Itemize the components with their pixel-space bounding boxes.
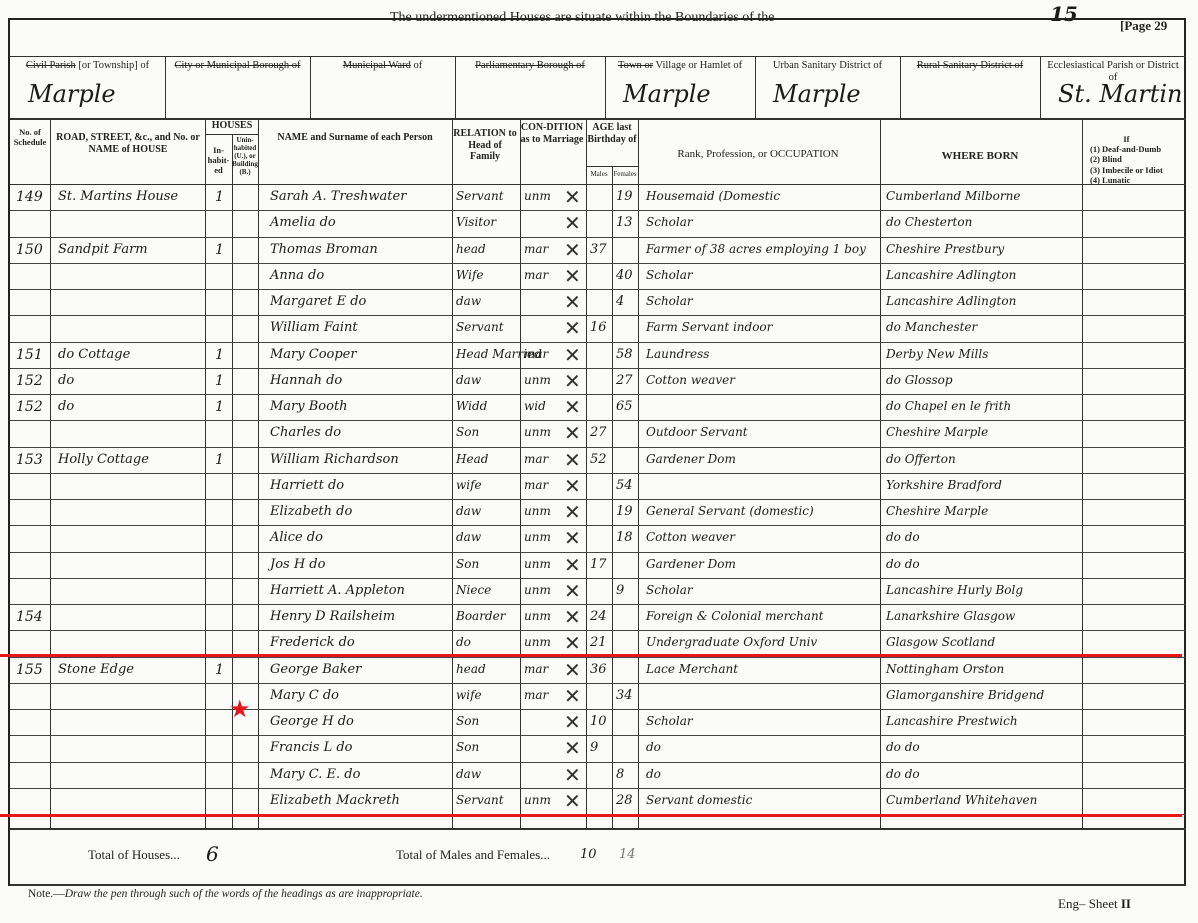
row-rule: [10, 420, 1186, 421]
header-condition: CON-DITION as to Marriage: [520, 122, 584, 145]
cross-mark-icon: ✕: [564, 500, 581, 524]
sheet-ref-text: Eng– Sheet: [1058, 896, 1118, 911]
footer-note-lead: Note.—: [28, 888, 65, 900]
house-name: do: [58, 399, 74, 414]
boundary-label-0: Civil Parish [or Township] of: [12, 60, 163, 72]
red-star-icon: ★: [229, 697, 251, 721]
boundary-value-7: St. Martin: [1058, 80, 1182, 108]
relation: head: [456, 662, 486, 676]
header-occupation: Rank, Profession, or OCCUPATION: [638, 148, 878, 161]
occupation: Farm Servant indoor: [646, 320, 772, 334]
row-rule: [10, 263, 1186, 264]
relation: Son: [456, 557, 479, 571]
inhabited-count: 1: [215, 373, 224, 389]
column-divider: [232, 134, 233, 828]
male-age: 17: [590, 557, 607, 572]
person-name: Thomas Broman: [270, 242, 378, 257]
row-rule: [10, 368, 1186, 369]
boundary-divider: [165, 56, 166, 118]
female-age: 28: [616, 793, 633, 808]
birthplace: do Chapel en le frith: [886, 399, 1011, 413]
row-rule: [10, 499, 1186, 500]
boundary-divider: [310, 56, 311, 118]
cross-mark-icon: ✕: [564, 789, 581, 813]
occupation: Foreign & Colonial merchant: [646, 609, 824, 623]
inhabited-count: 1: [215, 242, 224, 258]
occupation: do: [646, 767, 661, 781]
inhabited-count: 1: [215, 399, 224, 415]
birthplace: Nottingham Orston: [886, 662, 1004, 676]
row-rule: [10, 709, 1186, 710]
person-name: Alice do: [270, 530, 323, 545]
birthplace: Cheshire Prestbury: [886, 242, 1004, 256]
row-rule: [10, 630, 1186, 631]
header-houses: HOUSES: [205, 120, 259, 132]
relation: head: [456, 242, 486, 256]
occupation: do: [646, 740, 661, 754]
birthplace: Cheshire Marple: [886, 425, 988, 439]
birthplace: Lanarkshire Glasgow: [886, 609, 1015, 623]
birthplace: Glasgow Scotland: [886, 635, 995, 649]
person-name: William Richardson: [270, 452, 399, 467]
header-where-born: WHERE BORN: [880, 150, 1080, 163]
condition: mar: [524, 242, 548, 256]
boundary-label-text: of: [411, 60, 422, 71]
person-name: George H do: [270, 714, 354, 729]
relation: Visitor: [456, 215, 496, 229]
male-age: 27: [590, 425, 607, 440]
occupation: Farmer of 38 acres employing 1 boy: [646, 242, 866, 256]
condition: unm: [524, 425, 551, 439]
birthplace: do Chesterton: [886, 215, 972, 229]
house-name: Holly Cottage: [58, 452, 149, 467]
header-inhabited: In-habit-ed: [205, 146, 232, 175]
cross-mark-icon: ✕: [564, 684, 581, 708]
boundary-label-1: City or Municipal Borough of: [167, 60, 308, 72]
relation: Widd: [456, 399, 487, 413]
occupation: Gardener Dom: [646, 557, 736, 571]
birthplace: Glamorganshire Bridgend: [886, 688, 1044, 702]
boundary-label-5: Urban Sanitary District of: [757, 60, 898, 72]
boundary-label-struck: Town or: [618, 60, 653, 71]
sheet-reference: Eng– Sheet II: [1058, 896, 1131, 912]
person-name: Elizabeth Mackreth: [270, 793, 400, 808]
cross-mark-icon: ✕: [564, 211, 581, 235]
person-name: William Faint: [270, 320, 358, 335]
occupation: Outdoor Servant: [646, 425, 748, 439]
schedule-number: 153: [16, 452, 43, 468]
inhabited-count: 1: [215, 662, 224, 678]
occupation: Cotton weaver: [646, 373, 735, 387]
boundary-value-0: Marple: [28, 80, 116, 108]
person-name: Frederick do: [270, 635, 355, 650]
cross-mark-icon: ✕: [564, 448, 581, 472]
female-age: 65: [616, 399, 633, 414]
row-rule: [10, 315, 1186, 316]
highlight-line-bottom: [0, 814, 1182, 817]
row-rule: [10, 552, 1186, 553]
condition: mar: [524, 662, 548, 676]
male-age: 10: [590, 714, 607, 729]
occupation: Scholar: [646, 294, 693, 308]
birthplace: Lancashire Prestwich: [886, 714, 1018, 728]
cross-mark-icon: ✕: [564, 710, 581, 734]
cross-mark-icon: ✕: [564, 238, 581, 262]
person-name: Mary Cooper: [270, 347, 357, 362]
condition: wid: [524, 399, 546, 413]
relation: daw: [456, 373, 481, 387]
condition: unm: [524, 583, 551, 597]
relation: daw: [456, 294, 481, 308]
relation: Son: [456, 714, 479, 728]
boundary-label-text: Urban Sanitary District of: [773, 60, 882, 71]
cross-mark-icon: ✕: [564, 316, 581, 340]
cross-mark-icon: ✕: [564, 736, 581, 760]
person-name: Hannah do: [270, 373, 342, 388]
condition: unm: [524, 373, 551, 387]
male-age: 37: [590, 242, 607, 257]
relation: Niece: [456, 583, 491, 597]
condition: mar: [524, 452, 548, 466]
birthplace: do do: [886, 767, 920, 781]
birthplace: Derby New Mills: [886, 347, 988, 361]
condition: unm: [524, 504, 551, 518]
infirmity-line: If: [1090, 134, 1163, 144]
female-age: 40: [616, 268, 633, 283]
relation: Son: [456, 425, 479, 439]
header-schedule: No. of Schedule: [10, 128, 50, 148]
schedule-number: 152: [16, 373, 43, 389]
schedule-number: 149: [16, 189, 43, 205]
female-age: 8: [616, 767, 624, 782]
occupation: General Servant (domestic): [646, 504, 814, 518]
total-males-value: 10: [580, 847, 597, 862]
relation: Wife: [456, 268, 484, 282]
cross-mark-icon: ✕: [564, 526, 581, 550]
inhabited-count: 1: [215, 189, 224, 205]
row-rule: [10, 342, 1186, 343]
relation: wife: [456, 478, 482, 492]
house-name: do Cottage: [58, 347, 130, 362]
total-females-value: 14: [619, 847, 636, 862]
boundary-label-struck: Parliamentary Borough of: [475, 60, 585, 71]
cross-mark-icon: ✕: [564, 343, 581, 367]
boundary-divider: [755, 56, 756, 118]
boundary-label-6: Rural Sanitary District of: [902, 60, 1038, 72]
cross-mark-icon: ✕: [564, 185, 581, 209]
relation: Boarder: [456, 609, 505, 623]
header-road: ROAD, STREET, &c., and No. or NAME of HO…: [52, 132, 204, 155]
relation: Servant: [456, 320, 504, 334]
birthplace: Lancashire Hurly Bolg: [886, 583, 1023, 597]
cross-mark-icon: ✕: [564, 264, 581, 288]
condition: mar: [524, 478, 548, 492]
birthplace: do do: [886, 557, 920, 571]
occupation: Gardener Dom: [646, 452, 736, 466]
cross-mark-icon: ✕: [564, 763, 581, 787]
person-name: Amelia do: [270, 215, 336, 230]
female-age: 13: [616, 215, 633, 230]
boundary-divider: [605, 56, 606, 118]
boundary-label-struck: City or Municipal Borough of: [175, 60, 301, 71]
person-name: Harriett do: [270, 478, 344, 493]
condition: unm: [524, 793, 551, 807]
cross-mark-icon: ✕: [564, 395, 581, 419]
house-name: Sandpit Farm: [58, 242, 148, 257]
condition: unm: [524, 635, 551, 649]
person-name: Jos H do: [270, 557, 325, 572]
header-females: Females: [612, 170, 638, 178]
birthplace: Lancashire Adlington: [886, 268, 1016, 282]
boundary-divider: [455, 56, 456, 118]
boundary-label-struck: Municipal Ward: [343, 60, 411, 71]
occupation: Scholar: [646, 714, 693, 728]
condition: unm: [524, 557, 551, 571]
boundary-value-5: Marple: [773, 80, 861, 108]
infirmity-line: (1) Deaf-and-Dumb: [1090, 144, 1163, 154]
female-age: 9: [616, 583, 624, 598]
header-bottom-rule: [10, 184, 1186, 185]
occupation: Scholar: [646, 268, 693, 282]
relation: Son: [456, 740, 479, 754]
female-age: 34: [616, 688, 633, 703]
female-age: 19: [616, 189, 633, 204]
person-name: Harriett A. Appleton: [270, 583, 405, 598]
schedule-number: 150: [16, 242, 43, 258]
boundary-divider: [900, 56, 901, 118]
total-houses-label: Total of Houses...: [88, 847, 180, 863]
person-name: George Baker: [270, 662, 361, 677]
schedule-number: 152: [16, 399, 43, 415]
relation: Head: [456, 452, 488, 466]
birthplace: Cumberland Whitehaven: [886, 793, 1037, 807]
person-name: Mary C. E. do: [270, 767, 360, 782]
female-age: 19: [616, 504, 633, 519]
male-age: 52: [590, 452, 607, 467]
schedule-number: 155: [16, 662, 43, 678]
person-name: Anna do: [270, 268, 324, 283]
birthplace: do Manchester: [886, 320, 977, 334]
house-name: Stone Edge: [58, 662, 134, 677]
row-rule: [10, 762, 1186, 763]
occupation: Housemaid (Domestic: [646, 189, 780, 203]
row-rule: [10, 237, 1186, 238]
cross-mark-icon: ✕: [564, 369, 581, 393]
boundary-label-3: Parliamentary Borough of: [457, 60, 603, 72]
condition: unm: [524, 189, 551, 203]
relation: Servant: [456, 189, 504, 203]
male-age: 9: [590, 740, 598, 755]
cross-mark-icon: ✕: [564, 631, 581, 655]
row-rule: [10, 604, 1186, 605]
birthplace: do Glossop: [886, 373, 953, 387]
schedule-number: 154: [16, 609, 43, 625]
birthplace: do Offerton: [886, 452, 956, 466]
occupation: Undergraduate Oxford Univ: [646, 635, 817, 649]
house-name: do: [58, 373, 74, 388]
male-age: 24: [590, 609, 607, 624]
column-divider: [612, 166, 613, 828]
birthplace: Yorkshire Bradford: [886, 478, 1002, 492]
occupation: Scholar: [646, 215, 693, 229]
person-name: Mary Booth: [270, 399, 348, 414]
birthplace: Cheshire Marple: [886, 504, 988, 518]
relation: Servant: [456, 793, 504, 807]
occupation: Scholar: [646, 583, 693, 597]
boundary-label-2: Municipal Ward of: [312, 60, 453, 72]
boundary-label-4: Town or Village or Hamlet of: [607, 60, 753, 72]
birthplace: do do: [886, 530, 920, 544]
cross-mark-icon: ✕: [564, 474, 581, 498]
birthplace: do do: [886, 740, 920, 754]
row-rule: [10, 473, 1186, 474]
person-name: Sarah A. Treshwater: [270, 189, 406, 204]
male-age: 21: [590, 635, 607, 650]
relation: do: [456, 635, 471, 649]
total-houses-value: 6: [206, 842, 219, 866]
birthplace: Lancashire Adlington: [886, 294, 1016, 308]
condition: mar: [524, 688, 548, 702]
occupation: Servant domestic: [646, 793, 752, 807]
cross-mark-icon: ✕: [564, 605, 581, 629]
relation: daw: [456, 767, 481, 781]
female-age: 54: [616, 478, 633, 493]
person-name: Elizabeth do: [270, 504, 352, 519]
header-infirmity: If(1) Deaf-and-Dumb(2) Blind(3) Imbecile…: [1090, 134, 1163, 185]
boundary-label-struck: Civil Parish: [26, 60, 76, 71]
highlight-line-top: [0, 654, 1182, 657]
cross-mark-icon: ✕: [564, 421, 581, 445]
row-rule: [10, 210, 1186, 211]
person-name: Charles do: [270, 425, 341, 440]
row-rule: [10, 788, 1186, 789]
condition: unm: [524, 530, 551, 544]
houses-divider: [205, 134, 258, 135]
footer-note: Note.—Draw the pen through such of the w…: [28, 888, 423, 900]
infirmity-line: (2) Blind: [1090, 154, 1163, 164]
boundary-value-4: Marple: [623, 80, 711, 108]
person-name: Henry D Railsheim: [270, 609, 395, 624]
header-uninhabited: Unin-habited (U.), or Building (B.): [232, 136, 258, 176]
relation: wife: [456, 688, 482, 702]
header-name: NAME and Surname of each Person: [262, 132, 448, 144]
header-age: AGE last Birthday of: [586, 122, 638, 145]
cross-mark-icon: ✕: [564, 658, 581, 682]
occupation: Lace Merchant: [646, 662, 738, 676]
row-rule: [10, 683, 1186, 684]
total-persons-label: Total of Males and Females...: [396, 847, 550, 863]
header-relation: RELATION to Head of Family: [452, 128, 518, 163]
female-age: 18: [616, 530, 633, 545]
row-rule: [10, 447, 1186, 448]
inhabited-count: 1: [215, 347, 224, 363]
female-age: 58: [616, 347, 633, 362]
cross-mark-icon: ✕: [564, 579, 581, 603]
boundary-divider: [1040, 56, 1041, 118]
row-rule: [10, 735, 1186, 736]
person-name: Francis L do: [270, 740, 353, 755]
boundary-label-text: [or Township] of: [76, 60, 149, 71]
row-rule: [10, 289, 1186, 290]
row-rule: [10, 525, 1186, 526]
age-divider: [586, 166, 638, 167]
occupation: Cotton weaver: [646, 530, 735, 544]
row-rule: [10, 394, 1186, 395]
birthplace: Cumberland Milborne: [886, 189, 1020, 203]
relation: daw: [456, 504, 481, 518]
header-males: Males: [586, 170, 612, 178]
occupation: Laundress: [646, 347, 709, 361]
person-name: Margaret E do: [270, 294, 366, 309]
schedule-number: 151: [16, 347, 43, 363]
female-age: 27: [616, 373, 633, 388]
house-name: St. Martins House: [58, 189, 178, 204]
footer-note-text: Draw the pen through such of the words o…: [65, 888, 423, 900]
condition: mar: [524, 268, 548, 282]
row-rule: [10, 578, 1186, 579]
inhabited-count: 1: [215, 452, 224, 468]
boundary-label-text: Village or Hamlet of: [653, 60, 742, 71]
census-page: The undermentioned Houses are situate wi…: [0, 0, 1198, 923]
male-age: 36: [590, 662, 607, 677]
person-name: Mary C do: [270, 688, 339, 703]
cross-mark-icon: ✕: [564, 290, 581, 314]
condition: mar: [524, 347, 548, 361]
relation: daw: [456, 530, 481, 544]
cross-mark-icon: ✕: [564, 553, 581, 577]
condition: unm: [524, 609, 551, 623]
infirmity-line: (3) Imbecile or Idiot: [1090, 165, 1163, 175]
male-age: 16: [590, 320, 607, 335]
boundary-label-struck: Rural Sanitary District of: [917, 60, 1023, 71]
female-age: 4: [616, 294, 624, 309]
